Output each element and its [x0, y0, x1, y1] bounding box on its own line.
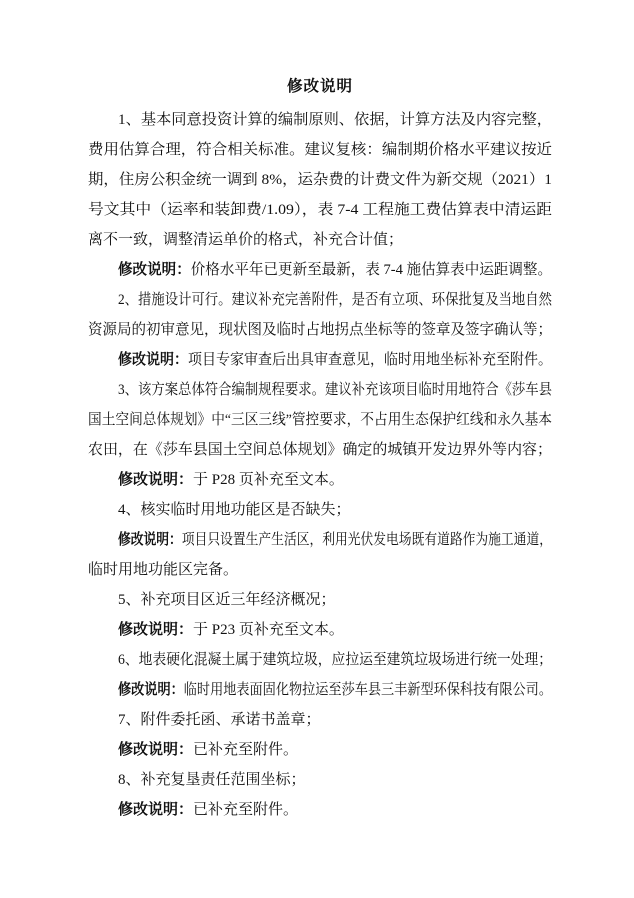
text-line-5: 离不一致，调整清运单价的格式，补充合计值； — [88, 225, 552, 255]
line-text: 8、补充复垦责任范围坐标； — [118, 772, 306, 788]
note-label: 修改说明： — [118, 741, 193, 758]
text-line-14: 4、核实临时用地功能区是否缺失； — [88, 495, 552, 525]
text-line-18: 修改说明：于 P23 页补充至文本。 — [88, 615, 552, 645]
line-text: 已补充至附件。 — [193, 802, 298, 818]
line-text: 6、地表硬化混凝土属于建筑垃圾，应拉运至建筑垃圾场进行统一处理； — [118, 652, 552, 668]
line-text: 项目专家审查后出具审查意见，临时用地坐标补充至附件。 — [188, 352, 552, 368]
line-text: 2、措施设计可行。建议补充完善附件，是否有立项、环保批复及当地自然 — [118, 292, 552, 308]
line-text: 价格水平年已更新至最新，表 7-4 施估算表中运距调整。 — [191, 262, 552, 278]
text-line-21: 7、附件委托函、承诺书盖章； — [88, 705, 552, 735]
line-text: 项目只设置生产生活区，利用光伏发电场既有道路作为施工通道， — [182, 532, 552, 548]
note-label: 修改说明： — [118, 681, 184, 698]
note-label: 修改说明： — [118, 351, 188, 368]
line-text: 农田，在《莎车县国土空间总体规划》确定的城镇开发边界外等内容； — [88, 442, 552, 458]
line-text: 费用估算合理，符合相关标准。建议复核：编制期价格水平建议按近 — [88, 142, 552, 158]
text-line-20: 修改说明：临时用地表面固化物拉运至莎车县三丰新型环保科技有限公司。 — [88, 675, 552, 705]
line-text: 已补充至附件。 — [193, 742, 298, 758]
text-line-17: 5、补充项目区近三年经济概况； — [88, 585, 552, 615]
line-text: 于 P23 页补充至文本。 — [193, 622, 344, 638]
line-text: 临时用地表面固化物拉运至莎车县三丰新型环保科技有限公司。 — [184, 682, 552, 698]
text-line-13: 修改说明：于 P28 页补充至文本。 — [88, 465, 552, 495]
text-line-8: 资源局的初审意见，现状图及临时占地拐点坐标等的签章及签字确认等； — [88, 315, 552, 345]
line-text: 号文其中（运率和装卸费/1.09），表 7-4 工程施工费估算表中清运距 — [88, 202, 552, 218]
text-line-4: 号文其中（运率和装卸费/1.09），表 7-4 工程施工费估算表中清运距 — [88, 195, 552, 225]
line-text: 离不一致，调整清运单价的格式，补充合计值； — [88, 232, 403, 248]
text-line-1: 1、基本同意投资计算的编制原则、依据，计算方法及内容完整， — [88, 105, 552, 135]
document-title: 修改说明 — [88, 75, 552, 99]
line-text: 1、基本同意投资计算的编制原则、依据，计算方法及内容完整， — [118, 112, 552, 128]
text-line-3: 期，住房公积金统一调到 8%，运杂费的计费文件为新交规（2021）1 — [88, 165, 552, 195]
text-line-9: 修改说明：项目专家审查后出具审查意见，临时用地坐标补充至附件。 — [88, 345, 552, 375]
text-line-12: 农田，在《莎车县国土空间总体规划》确定的城镇开发边界外等内容； — [88, 435, 552, 465]
text-line-19: 6、地表硬化混凝土属于建筑垃圾，应拉运至建筑垃圾场进行统一处理； — [88, 645, 552, 675]
text-line-22: 修改说明：已补充至附件。 — [88, 735, 552, 765]
line-text: 7、附件委托函、承诺书盖章； — [118, 712, 321, 728]
text-line-23: 8、补充复垦责任范围坐标； — [88, 765, 552, 795]
line-text: 临时用地功能区完备。 — [88, 562, 238, 578]
text-line-10: 3、该方案总体符合编制规程要求。建议补充该项目临时用地符合《莎车县 — [88, 375, 552, 405]
text-line-7: 2、措施设计可行。建议补充完善附件，是否有立项、环保批复及当地自然 — [88, 285, 552, 315]
line-text: 国土空间总体规划》中“三区三线”管控要求，不占用生态保护红线和永久基本 — [88, 412, 552, 428]
document-content: 修改说明 1、基本同意投资计算的编制原则、依据，计算方法及内容完整， 费用估算合… — [0, 0, 634, 825]
line-text: 于 P28 页补充至文本。 — [193, 472, 344, 488]
note-label: 修改说明： — [118, 621, 193, 638]
line-text: 资源局的初审意见，现状图及临时占地拐点坐标等的签章及签字确认等； — [88, 322, 552, 338]
note-label: 修改说明： — [118, 801, 193, 818]
text-line-2: 费用估算合理，符合相关标准。建议复核：编制期价格水平建议按近 — [88, 135, 552, 165]
line-text: 期，住房公积金统一调到 8%，运杂费的计费文件为新交规（2021）1 — [88, 172, 552, 188]
note-label: 修改说明： — [118, 471, 193, 488]
text-line-24: 修改说明：已补充至附件。 — [88, 795, 552, 825]
document-page: 修改说明 1、基本同意投资计算的编制原则、依据，计算方法及内容完整， 费用估算合… — [0, 0, 634, 898]
text-line-15: 修改说明：项目只设置生产生活区，利用光伏发电场既有道路作为施工通道， — [88, 525, 552, 555]
note-label: 修改说明： — [118, 261, 191, 278]
line-text: 5、补充项目区近三年经济概况； — [118, 592, 336, 608]
text-line-6: 修改说明：价格水平年已更新至最新，表 7-4 施估算表中运距调整。 — [88, 255, 552, 285]
line-text: 3、该方案总体符合编制规程要求。建议补充该项目临时用地符合《莎车县 — [118, 382, 552, 398]
line-text: 4、核实临时用地功能区是否缺失； — [118, 502, 351, 518]
text-line-11: 国土空间总体规划》中“三区三线”管控要求，不占用生态保护红线和永久基本 — [88, 405, 552, 435]
text-line-16: 临时用地功能区完备。 — [88, 555, 552, 585]
note-label: 修改说明： — [118, 531, 182, 548]
